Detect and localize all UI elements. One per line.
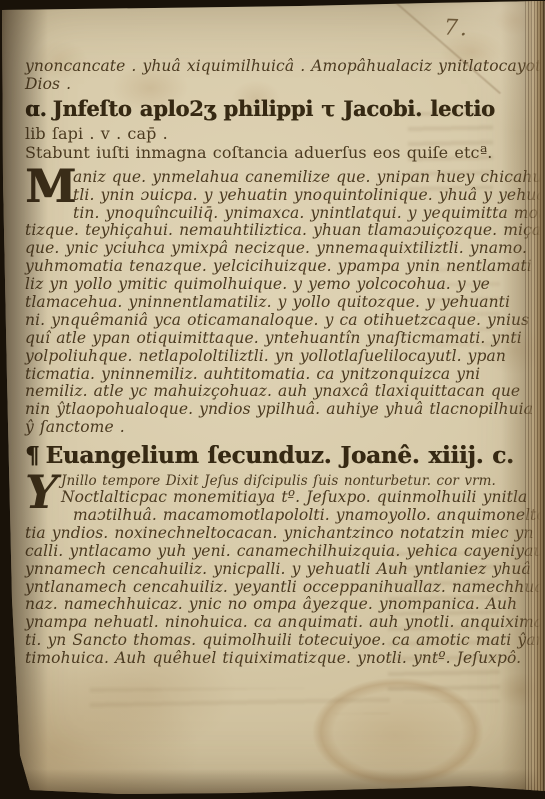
manuscript-photo: 7. ynoncancate . yhuâ xiquimilhuicâ . Am… [0,0,545,799]
manuscript-line: yuhmomatia tenazque. yelcicihuizque. ypa… [25,258,487,276]
manuscript-line: tia yndios. noxinechneltocacan. ynichant… [25,525,487,543]
manuscript-line: ynoncancate . yhuâ xiquimilhuicâ . Amopâ… [25,58,487,76]
manuscript-line: tizque. teyhiçahui. nemauhtiliztica. yhu… [25,222,487,240]
manuscript-line: timohuica. Auh quêhuel tiquiximatizque. … [25,650,487,668]
manuscript-line: nin ŷtlaopohualoque. yndios ypilhuâ. auh… [25,401,487,419]
manuscript-line: liz yn yollo ymitic quimolhuique. y yemo… [25,276,487,294]
manuscript-line: naz. namechhuicaz. ynic no ompa âyezque.… [25,596,487,614]
bottom-edge-shadow [0,769,545,799]
gospel-heading: ¶Euangelium ſecunduz. Joanê. xiiij. c. [25,439,487,473]
manuscript-line: aniz que. ynmelahua canemilize que. ynip… [25,169,487,187]
manuscript-text-block: ynoncancate . yhuâ xiquimilhuicâ . Amopâ… [25,58,487,668]
manuscript-line: tli. ynin ɔuicpa. y yehuatin ynoquintoli… [25,187,487,205]
manuscript-page: 7. ynoncancate . yhuâ xiquimilhuicâ . Am… [0,0,545,799]
feast-heading-text: Jnfeſto aplo2ʒ philippi τ Jacobi. lectio [53,96,495,121]
manuscript-line: quî atle ypan otiquimittaque. yntehuantî… [25,330,487,348]
manuscript-line: maɔtilhuâ. macamomotlapololti. ynamoyoll… [25,507,487,525]
feast-heading: ɑ.Jnfeſto aplo2ʒ philippi τ Jacobi. lect… [25,94,487,124]
ink-bleed-through [90,688,390,714]
gospel-heading-text: Euangelium ſecunduz. Joanê. xiiij. c. [45,442,513,469]
manuscript-line: ti. yn Sancto thomas. quimolhuili totecu… [25,632,487,650]
manuscript-line: Noctlalticpac monemitiaya tº. Jeſuxpo. q… [25,489,487,507]
manuscript-line: ŷ ſanctome . [25,419,487,437]
manuscript-line: ticmatia. yninnemiliz. auhtitomatia. ca … [25,366,487,384]
lesson-lines: aniz que. ynmelahua canemilize que. ynip… [25,169,487,437]
gospel-latin-incipit: Jnillo tempore Dixit Jeſus diſcipulis ſu… [25,473,487,489]
manuscript-line: tin. ynoquîncuiliq̄. ynimaxca. ynintlatq… [25,205,487,223]
lesson-paragraph: M aniz que. ynmelahua canemilize que. yn… [25,169,487,437]
manuscript-line: ynnamech cencahuiliz. ynicpalli. y yehua… [25,561,487,579]
section-mark-icon: ɑ. [25,96,53,121]
manuscript-line: Dios . [25,76,487,94]
manuscript-line: ni. ynquêmaniâ yca oticamanaloque. y ca … [25,312,487,330]
opening-lines: ynoncancate . yhuâ xiquimilhuicâ . Amopâ… [25,58,487,94]
manuscript-line: yolpoliuhque. netlapololtiliztli. yn yol… [25,348,487,366]
feast-reference: lib ſapi . v . cap̄ . [25,124,487,143]
manuscript-line: nemiliz. atle yc mahuizçohuaz. auh ynaxc… [25,383,487,401]
manuscript-line: calli. yntlacamo yuh yeni. canamechilhui… [25,543,487,561]
manuscript-line: que. ynic yciuhca ymixpâ necizque. ynnem… [25,240,487,258]
feast-latin-incipit: Stabunt iuſti inmagna coſtancia aduerſus… [25,143,487,163]
manuscript-line: ynampa nehuatl. ninohuica. ca anquimati.… [25,614,487,632]
gospel-initial: Y [25,473,57,507]
gospel-lines: Noctlalticpac monemitiaya tº. Jeſuxpo. q… [25,489,487,668]
folio-number: 7. [444,16,470,42]
gospel-paragraph: Y Jnillo tempore Dixit Jeſus diſcipulis … [25,473,487,668]
lesson-initial: M [25,169,69,205]
manuscript-line: tlamacehua. yninnentlamatiliz. y yollo q… [25,294,487,312]
manuscript-line: yntlanamech cencahuiliz. yeyantli occepp… [25,579,487,597]
